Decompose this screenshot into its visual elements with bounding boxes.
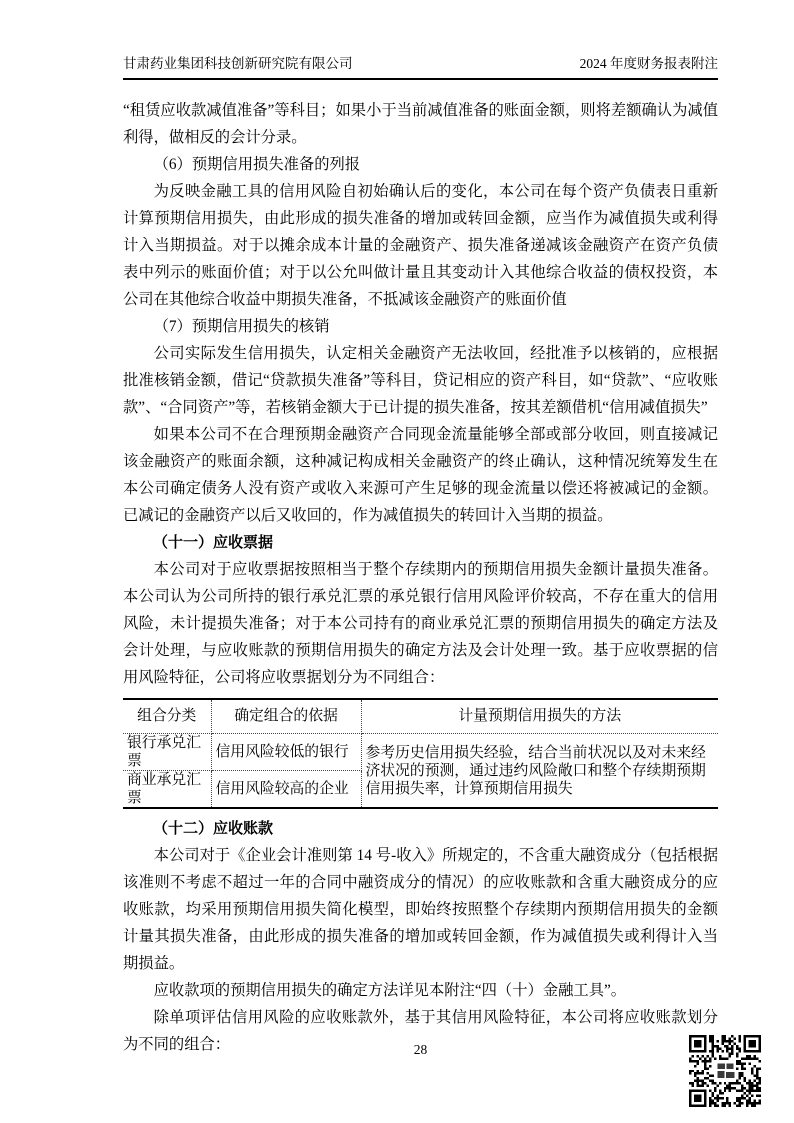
body-paragraph: 本公司对于应收票据按照相当于整个存续期内的预期信用损失金额计量损失准备。本公司认… [123, 556, 718, 691]
document-title: 2024 年度财务报表附注 [580, 56, 718, 71]
cell-basis: 信用风险较高的企业 [211, 771, 361, 809]
cell-basis: 信用风险较低的银行 [211, 734, 361, 771]
subsection-heading-6: （6）预期信用损失准备的列报 [123, 151, 718, 178]
column-header-category: 组合分类 [123, 699, 211, 734]
body-paragraph: “租赁应收款减值准备”等科目；如果小于当前减值准备的账面金额，则将差额确认为减值… [123, 97, 718, 151]
cell-category: 银行承兑汇票 [123, 734, 211, 771]
page-footer: 28 [123, 1042, 718, 1058]
body-paragraph: 本公司对于《企业会计准则第 14 号-收入》所规定的，不含重大融资成分（包括根据… [123, 842, 718, 977]
qr-code [689, 1035, 761, 1107]
cell-method: 参考历史信用损失经验，结合当前状况以及对未来经济状况的预测，通过违约风险敞口和整… [361, 734, 718, 809]
document-body: “租赁应收款减值准备”等科目；如果小于当前减值准备的账面金额，则将差额确认为减值… [123, 97, 718, 1058]
section-heading-12: （十二）应收账款 [123, 815, 718, 842]
page-number: 28 [414, 1042, 428, 1057]
section-heading-11: （十一）应收票据 [123, 529, 718, 556]
document-page: 甘肃药业集团科技创新研究院有限公司 2024 年度财务报表附注 “租赁应收款减值… [0, 0, 794, 1123]
company-name: 甘肃药业集团科技创新研究院有限公司 [123, 56, 353, 71]
column-header-method: 计量预期信用损失的方法 [361, 699, 718, 734]
table-row: 银行承兑汇票 信用风险较低的银行 参考历史信用损失经验，结合当前状况以及对未来经… [123, 734, 718, 771]
body-paragraph: 如果本公司不在合理预期金融资产合同现金流量能够全部或部分收回，则直接减记该金融资… [123, 421, 718, 529]
column-header-basis: 确定组合的依据 [211, 699, 361, 734]
table-header-row: 组合分类 确定组合的依据 计量预期信用损失的方法 [123, 699, 718, 734]
credit-loss-portfolio-table: 组合分类 确定组合的依据 计量预期信用损失的方法 银行承兑汇票 信用风险较低的银… [123, 698, 718, 809]
body-paragraph: 公司实际发生信用损失，认定相关金融资产无法收回，经批准予以核销的，应根据批准核销… [123, 340, 718, 421]
running-header: 甘肃药业集团科技创新研究院有限公司 2024 年度财务报表附注 [123, 56, 718, 80]
body-paragraph: 为反映金融工具的信用风险自初始确认后的变化，本公司在每个资产负债表日重新计算预期… [123, 178, 718, 313]
cell-category: 商业承兑汇票 [123, 771, 211, 809]
body-paragraph: 应收款项的预期信用损失的确定方法详见本附注“四（十）金融工具”。 [123, 977, 718, 1004]
qr-code-pattern [689, 1035, 761, 1107]
subsection-heading-7: （7）预期信用损失的核销 [123, 313, 718, 340]
